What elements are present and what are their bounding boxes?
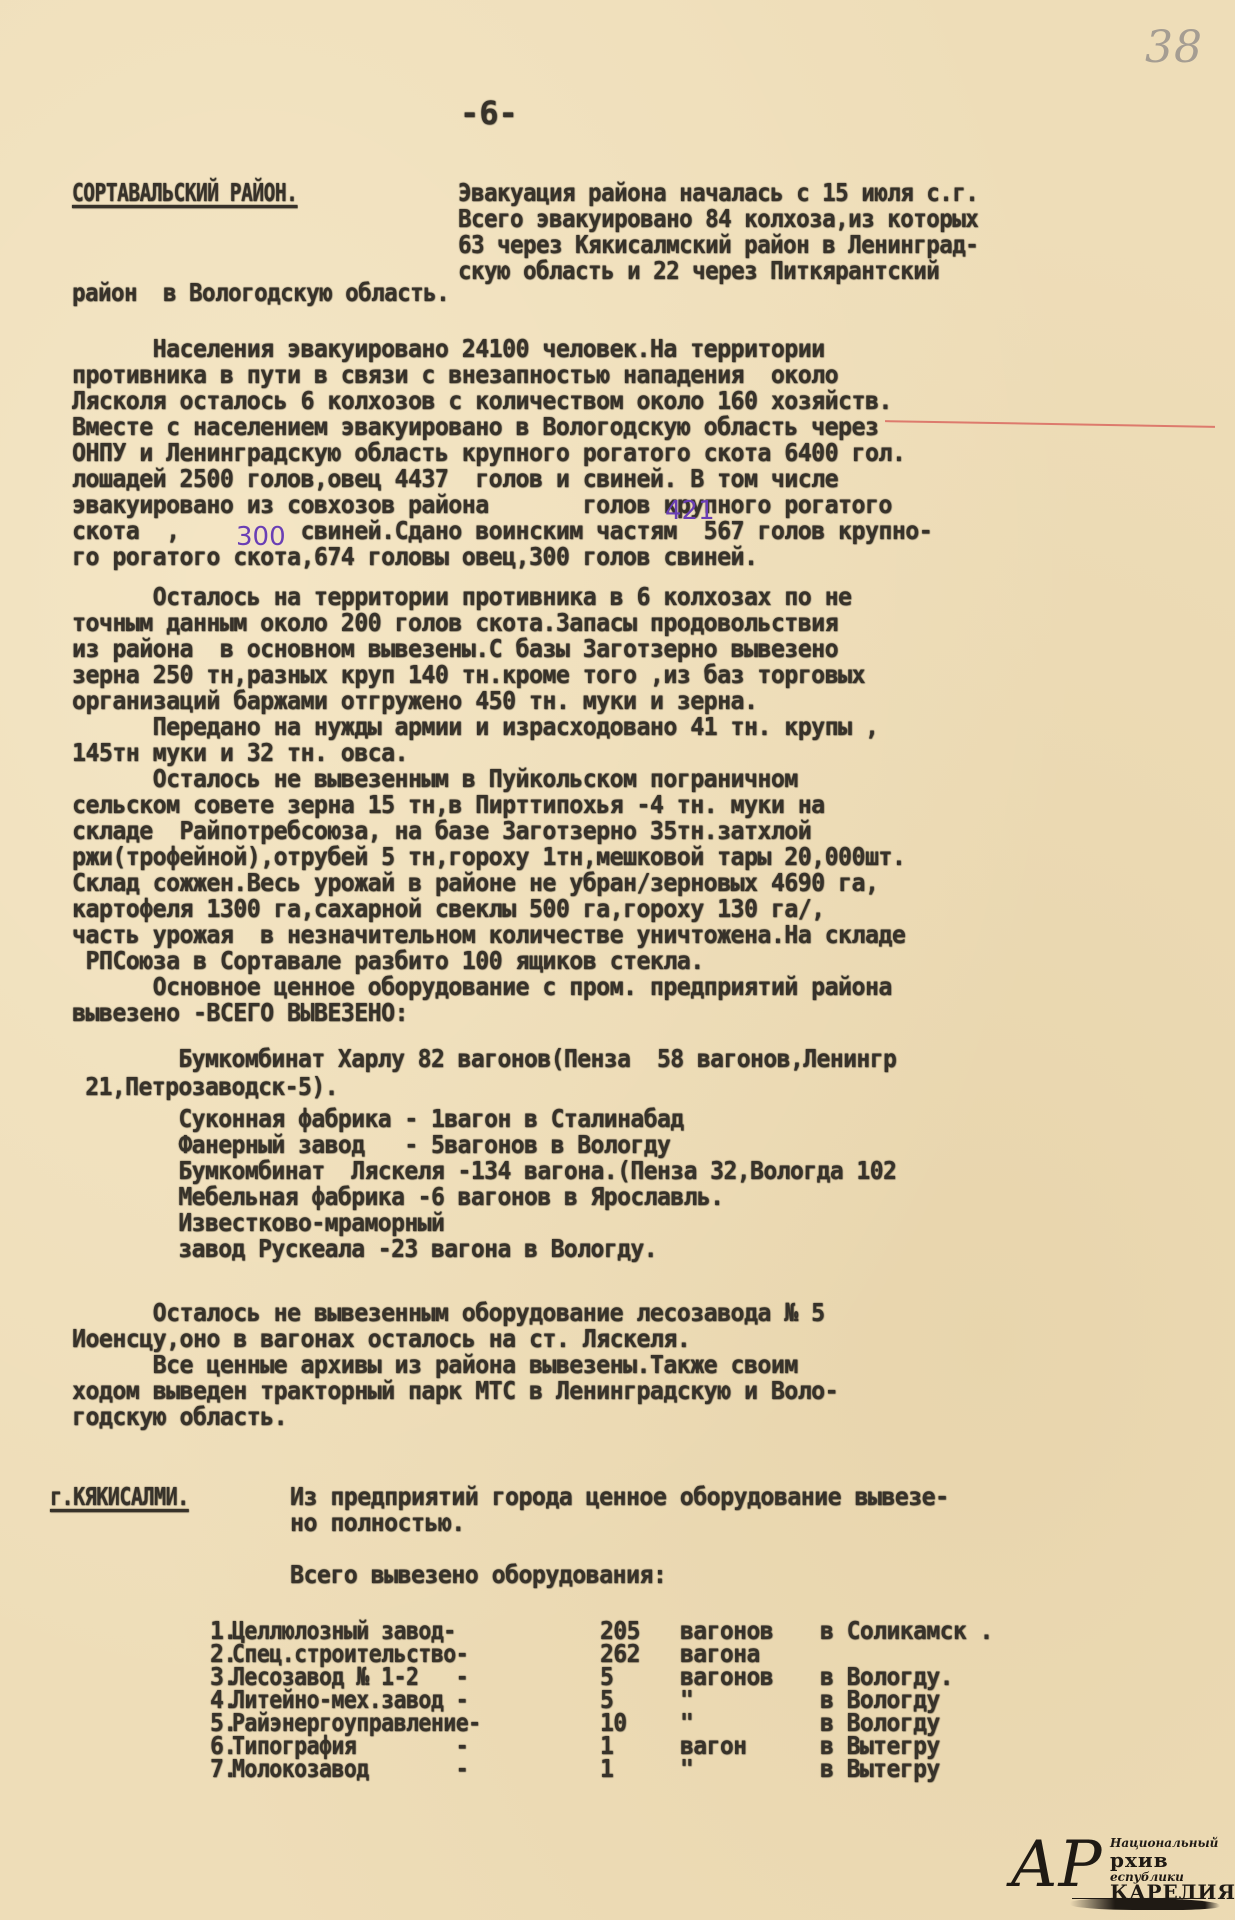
- list-item: Бумкомбинат Харлу 82 вагонов(Пенза 58 ва…: [72, 1046, 896, 1072]
- feather-icon: [1070, 1898, 1220, 1910]
- text-line: го рогатого скота,674 головы овец,300 го…: [72, 544, 757, 570]
- list-item: Суконная фабрика - 1вагон в Сталинабад: [72, 1106, 684, 1132]
- item-quantity: 1: [600, 1756, 613, 1782]
- text-line: Передано на нужды армии и израсходовано …: [72, 714, 878, 740]
- text-line: Из предприятий города ценное оборудовани…: [290, 1484, 949, 1510]
- text-line: Основное ценное оборудование с пром. пре…: [72, 974, 892, 1000]
- text-line: ходом выведен тракторный парк МТС в Лени…: [72, 1378, 838, 1404]
- text-line: Все ценные архивы из района вывезены.Так…: [72, 1352, 798, 1378]
- text-line: сельском совете зерна 15 тн,в Пирттипохь…: [72, 792, 825, 818]
- text-line: Иоенсцу,оно в вагонах осталось на ст. Ля…: [72, 1326, 690, 1352]
- text-line: противника в пути в связи с внезапностью…: [72, 362, 838, 388]
- text-line: Осталось на территории противника в 6 ко…: [72, 584, 852, 610]
- item-destination: в Соликамск .: [820, 1618, 993, 1644]
- page-number: -6-: [460, 100, 518, 126]
- logo-line2: рхив: [1110, 1848, 1169, 1872]
- text-line: но полностью.: [290, 1510, 465, 1536]
- list-item: 21,Петрозаводск-5).: [72, 1074, 338, 1100]
- text-line: Лясколя осталось 6 колхозов с количество…: [72, 388, 892, 414]
- document-page: 38 -6- СОРТАВАЛЬСКИЙ РАЙОН. Эвакуация ра…: [0, 0, 1235, 1920]
- archive-logo: АР Национальный рхив еспублики КАРЕЛИЯ: [1010, 1830, 1230, 1915]
- item-destination: в Вытегру: [820, 1756, 940, 1782]
- text-line: из района в основном вывезены.С базы Заг…: [72, 636, 838, 662]
- item-unit: вагонов: [680, 1664, 773, 1690]
- folio-number: 38: [1145, 22, 1203, 73]
- text-line: 145тн муки и 32 тн. овса.: [72, 740, 408, 766]
- item-unit: ": [680, 1756, 693, 1782]
- text-line: складе Райпотребсоюза, на базе Заготзерн…: [72, 818, 811, 844]
- text-line: лошадей 2500 голов,овец 4437 голов и сви…: [72, 466, 838, 492]
- red-underline-mark: [885, 420, 1215, 428]
- text-line: Эвакуация района началась с 15 июля с.г.: [458, 180, 978, 206]
- text-line: скую область и 22 через Питкярантский: [458, 258, 939, 284]
- text-line: эвакуировано из совхозов района голов кр…: [72, 492, 892, 518]
- section-heading-kyakisalmi: г.КЯКИСАЛМИ.: [50, 1484, 189, 1510]
- text-line: Населения эвакуировано 24100 человек.На …: [72, 336, 825, 362]
- item-name: Молокозавод -: [232, 1756, 468, 1782]
- text-line: картофеля 1300 га,сахарной свеклы 500 га…: [72, 896, 825, 922]
- list-item: Мебельная фабрика -6 вагонов в Ярославль…: [72, 1184, 723, 1210]
- text-line: район в Вологодскую область.: [72, 280, 449, 306]
- list-item: Бумкомбинат Ляскеля -134 вагона.(Пенза 3…: [72, 1158, 896, 1184]
- list-item: Фанерный завод - 5вагонов в Вологду: [72, 1132, 670, 1158]
- logo-monogram: АР: [1010, 1830, 1102, 1900]
- handwritten-note: 421: [665, 496, 715, 526]
- text-line: Осталось не вывезенным в Пуйкольском пог…: [72, 766, 798, 792]
- text-line: Осталось не вывезенным оборудование лесо…: [72, 1300, 825, 1326]
- text-line: ржи(трофейной),отрубей 5 тн,гороху 1тн,м…: [72, 844, 905, 870]
- section-heading-sortavala: СОРТАВАЛЬСКИЙ РАЙОН.: [72, 180, 297, 206]
- text-line: часть урожая в незначительном количестве…: [72, 922, 905, 948]
- text-line: РПСоюза в Сортавале разбито 100 ящиков с…: [72, 948, 704, 974]
- text-line: скота , свиней.Сдано воинским частям 567…: [72, 518, 932, 544]
- handwritten-note: 300: [236, 522, 286, 552]
- list-item: завод Рускеала -23 вагона в Вологду.: [72, 1236, 657, 1262]
- text-line: организаций баржами отгружено 450 тн. му…: [72, 688, 757, 714]
- text-line: зерна 250 тн,разных круп 140 тн.кроме то…: [72, 662, 865, 688]
- text-line: вывезено -ВСЕГО ВЫВЕЗЕНО:: [72, 1000, 408, 1026]
- text-line: точным данным около 200 голов скота.Запа…: [72, 610, 838, 636]
- text-line: Всего эвакуировано 84 колхоза,из которых: [458, 206, 978, 232]
- text-line: годскую область.: [72, 1404, 287, 1430]
- list-subheading: Всего вывезено оборудования:: [290, 1562, 666, 1588]
- text-line: Вместе с населением эвакуировано в Волог…: [72, 414, 878, 440]
- text-line: Склад сожжен.Весь урожай в районе не убр…: [72, 870, 878, 896]
- list-item: Известково-мраморный: [72, 1210, 444, 1236]
- text-line: ОНПУ и Ленинградскую область крупного ро…: [72, 440, 905, 466]
- text-line: 63 через Кякисалмский район в Ленинград-: [458, 232, 978, 258]
